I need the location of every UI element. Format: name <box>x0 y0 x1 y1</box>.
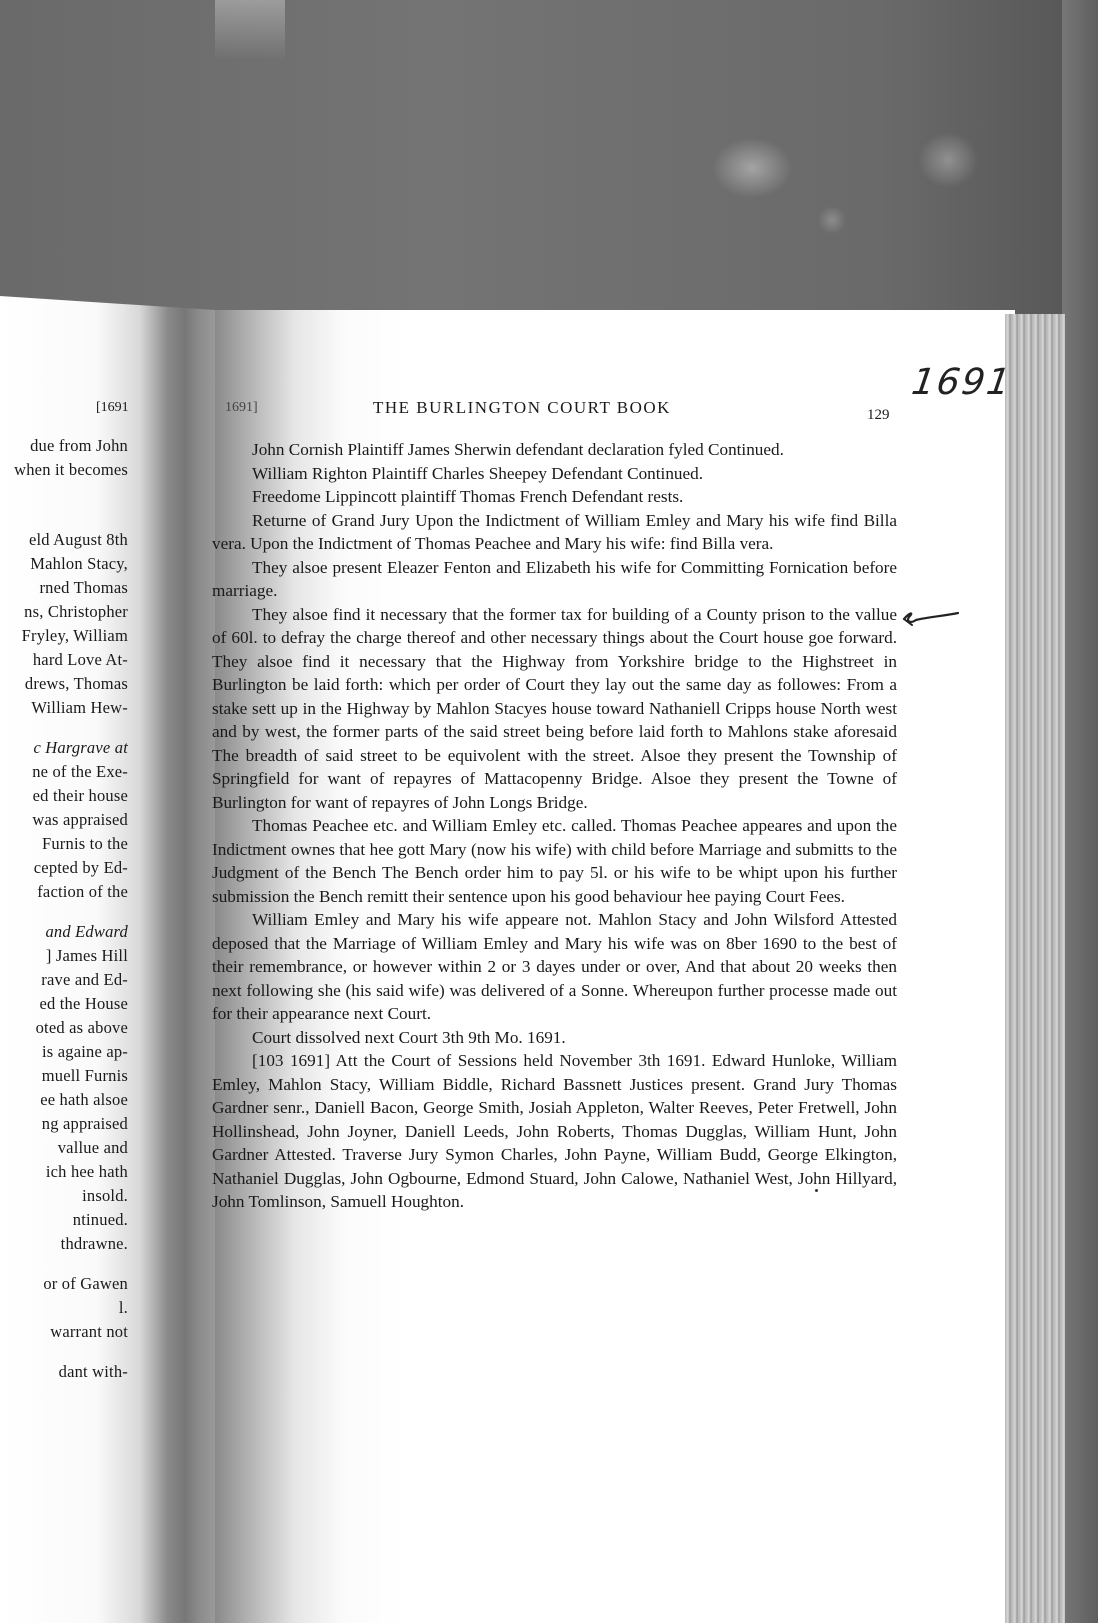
left-page-line: when it becomes <box>14 460 128 480</box>
entry-november-sessions: [103 1691] Att the Court of Sessions hel… <box>212 1049 897 1214</box>
court-record-body: John Cornish Plaintiff James Sherwin def… <box>212 438 897 1214</box>
left-page-line: and Edward <box>45 922 128 942</box>
stray-mark <box>815 1189 818 1192</box>
handwritten-year-annotation: 1691 <box>909 362 1014 403</box>
left-page-line: was appraised <box>32 810 128 830</box>
left-page-line: oted as above <box>36 1018 128 1038</box>
left-page-line: ne of the Exe- <box>32 762 128 782</box>
left-page-line: Fryley, William <box>22 626 128 646</box>
left-page-line: rave and Ed- <box>41 970 128 990</box>
left-page-line: rned Thomas <box>39 578 128 598</box>
left-page-line: insold. <box>82 1186 128 1206</box>
entry-prison-tax-highway: They alsoe find it necessary that the fo… <box>212 603 897 815</box>
entry-emley-deposition: William Emley and Mary his wife appeare … <box>212 908 897 1026</box>
left-page-line: is againe ap- <box>42 1042 128 1062</box>
left-page-line: dant with- <box>59 1362 128 1382</box>
left-page-line: muell Furnis <box>42 1066 128 1086</box>
entry-peachee-judgment: Thomas Peachee etc. and William Emley et… <box>212 814 897 908</box>
entry-righton-sheepey: William Righton Plaintiff Charles Sheepe… <box>212 462 897 486</box>
left-page-line: thdrawne. <box>61 1234 128 1254</box>
left-page-line: warrant not <box>50 1322 128 1342</box>
entry-cornish-sherwin: John Cornish Plaintiff James Sherwin def… <box>212 438 897 462</box>
left-page-line: ed their house <box>33 786 128 806</box>
left-page-line: faction of the <box>37 882 128 902</box>
left-page-line: ntinued. <box>73 1210 128 1230</box>
left-page-line: ee hath alsoe <box>40 1090 128 1110</box>
left-page-line: c Hargrave at <box>33 738 128 758</box>
scan-light-streak <box>215 0 285 60</box>
book-edge-shadow <box>1062 0 1098 1623</box>
page-number: 129 <box>867 407 890 424</box>
left-page-text: due from Johnwhen it becomeseld August 8… <box>0 0 128 1623</box>
left-page-line: vallue and <box>58 1138 128 1158</box>
entry-grand-jury-return: Returne of Grand Jury Upon the Indictmen… <box>212 509 897 556</box>
left-page-line: ich hee hath <box>46 1162 128 1182</box>
left-page-line: ng appraised <box>42 1114 128 1134</box>
left-page-line: cepted by Ed- <box>34 858 128 878</box>
left-page-line: or of Gawen <box>43 1274 128 1294</box>
left-page-line: ns, Christopher <box>24 602 128 622</box>
page-title: THE BURLINGTON COURT BOOK <box>373 398 671 418</box>
right-running-head: 1691] <box>225 400 258 416</box>
scan-backdrop <box>0 0 1098 320</box>
entry-fenton-presentment: They alsoe present Eleazer Fenton and El… <box>212 556 897 603</box>
left-page-line: William Hew- <box>31 698 128 718</box>
page-stack-edge <box>1005 314 1065 1623</box>
entry-lippincott-french: Freedome Lippincott plaintiff Thomas Fre… <box>212 485 897 509</box>
left-page-line: hard Love At- <box>33 650 128 670</box>
left-page-line: l. <box>119 1298 128 1318</box>
entry-court-dissolved: Court dissolved next Court 3th 9th Mo. 1… <box>212 1026 897 1050</box>
left-page-line: drews, Thomas <box>25 674 128 694</box>
handwritten-arrow-icon <box>900 608 960 630</box>
left-page-line: eld August 8th <box>29 530 128 550</box>
left-page-line: Mahlon Stacy, <box>30 554 128 574</box>
left-page-line: ] James Hill <box>46 946 128 966</box>
left-page-line: due from John <box>30 436 128 456</box>
left-page-line: ed the House <box>39 994 128 1014</box>
left-page-line: Furnis to the <box>42 834 128 854</box>
